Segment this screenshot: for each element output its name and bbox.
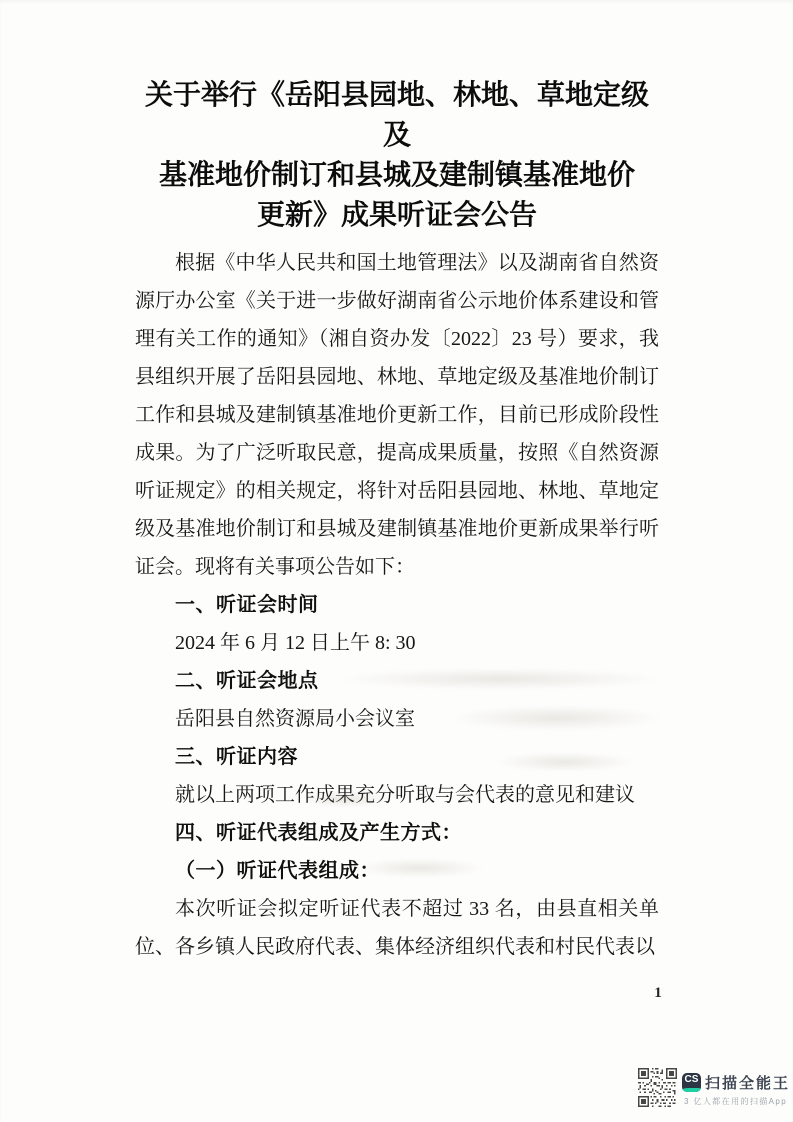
section-4-heading: 四、听证代表组成及产生方式： — [135, 814, 659, 852]
scanner-watermark: CS 扫描全能王 3 亿人都在用的扫描App — [638, 1068, 778, 1108]
document-title-line-2: 基准地价制订和县城及建制镇基准地价 — [135, 156, 659, 196]
section-1-heading: 一、听证会时间 — [135, 586, 659, 624]
qr-code-icon — [638, 1068, 677, 1107]
section-2-heading: 二、听证会地点 — [135, 662, 659, 700]
document-title-line-3: 更新》成果听证会公告 — [135, 196, 659, 236]
intro-paragraph: 根据《中华人民共和国土地管理法》以及湖南省自然资源厅办公室《关于进一步做好湖南省… — [135, 244, 659, 586]
document-body: 根据《中华人民共和国土地管理法》以及湖南省自然资源厅办公室《关于进一步做好湖南省… — [135, 244, 659, 966]
document-page: 关于举行《岳阳县园地、林地、草地定级及 基准地价制订和县城及建制镇基准地价 更新… — [0, 0, 793, 1122]
section-2-text: 岳阳县自然资源局小会议室 — [135, 700, 659, 738]
section-1-text: 2024 年 6 月 12 日上午 8: 30 — [135, 624, 659, 662]
cs-logo-swoosh — [682, 1088, 701, 1092]
document-title-line-1: 关于举行《岳阳县园地、林地、草地定级及 — [135, 76, 659, 156]
section-3-text: 就以上两项工作成果充分听取与会代表的意见和建议 — [135, 776, 659, 814]
section-3-heading: 三、听证内容 — [135, 738, 659, 776]
cs-logo-icon: CS — [682, 1073, 701, 1092]
scanner-app-tagline: 3 亿人都在用的扫描App — [684, 1096, 787, 1107]
scanner-app-name: 扫描全能王 — [705, 1072, 790, 1093]
document-title: 关于举行《岳阳县园地、林地、草地定级及 基准地价制订和县城及建制镇基准地价 更新… — [135, 76, 659, 236]
page-number: 1 — [648, 985, 668, 1002]
section-4-sub-heading: （一）听证代表组成： — [135, 852, 659, 890]
cs-logo-text: CS — [682, 1074, 701, 1085]
section-4-text: 本次听证会拟定听证代表不超过 33 名，由县直相关单位、各乡镇人民政府代表、集体… — [135, 890, 659, 966]
